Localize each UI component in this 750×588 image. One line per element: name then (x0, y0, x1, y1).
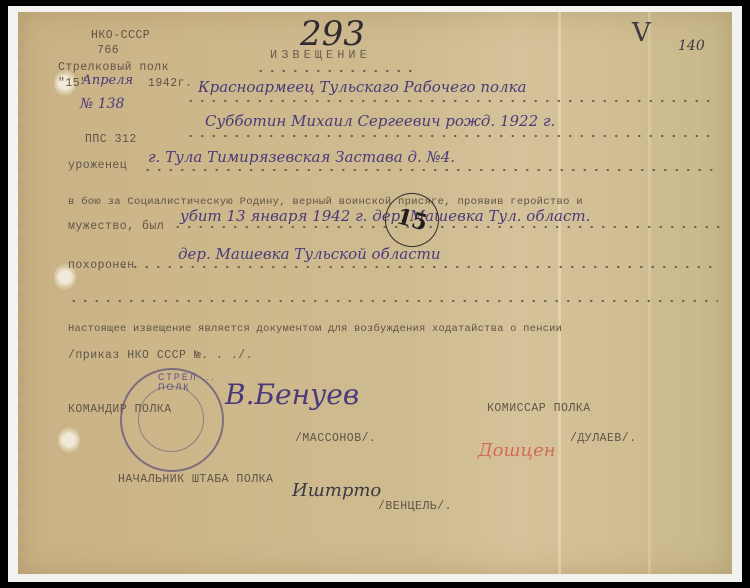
chief-of-staff-name: /ВЕНЦЕЛЬ/. (378, 500, 452, 513)
rule-line (118, 266, 718, 268)
buried-value: дер. Машевка Тульской области (178, 245, 441, 263)
commissar-signature: Дошцен (478, 440, 556, 461)
doc-number: № 138 (80, 96, 124, 112)
soldier-rank-unit: Красноармеец Тульскаго Рабочего полка (198, 78, 527, 96)
date-year: 1942г. (148, 77, 192, 90)
commander-name: /МАССОНОВ/. (295, 432, 376, 445)
paper-fold (648, 12, 651, 574)
rule-line (68, 300, 718, 302)
binder-hole (58, 427, 80, 453)
chief-of-staff-label: НАЧАЛЬНИК ШТАБА ПОЛКА (118, 473, 273, 486)
birthplace-value: г. Тула Тимирязевская Застава д. №4. (148, 148, 455, 166)
check-mark: V (632, 18, 651, 48)
rule-line (185, 100, 715, 102)
rule-line (185, 135, 715, 137)
registry-stamp-number: 15 (394, 203, 430, 236)
commander-label: КОМАНДИР ПОЛКА (68, 403, 172, 416)
document-title: ИЗВЕЩЕНИЕ (270, 48, 371, 62)
commissar-name: /ДУЛАЕВ/. (570, 432, 637, 445)
rule-line (142, 169, 717, 171)
chief-of-staff-signature: Иштрто (292, 480, 381, 501)
seal-text: СТРЕЛ ... ПОЛК (158, 372, 222, 392)
commissar-label: КОМИССАР ПОЛКА (487, 402, 591, 415)
rule-line (172, 226, 722, 228)
rule-line (255, 70, 415, 72)
paper-fold (558, 12, 561, 574)
date-month: Апреля (82, 73, 133, 88)
pps-number: ППС 312 (85, 133, 137, 146)
birthplace-label: уроженец (68, 159, 127, 172)
commander-signature: В.Бенуев (225, 378, 359, 411)
notice-text: Настоящее извещение является документом … (68, 323, 562, 335)
org-label: НКО-СССР (91, 29, 150, 42)
soldier-name-birthyear: Субботин Михаил Сергеевич рожд. 1922 г. (205, 112, 555, 130)
page-number: 140 (678, 38, 705, 54)
unit-number: 766 (97, 44, 119, 57)
order-reference: /приказ НКО СССР №. . ./. (68, 349, 253, 362)
fate-label: мужество, был (68, 220, 164, 233)
regiment-seal: СТРЕЛ ... ПОЛК (120, 368, 224, 472)
buried-label: похоронен (68, 259, 135, 272)
